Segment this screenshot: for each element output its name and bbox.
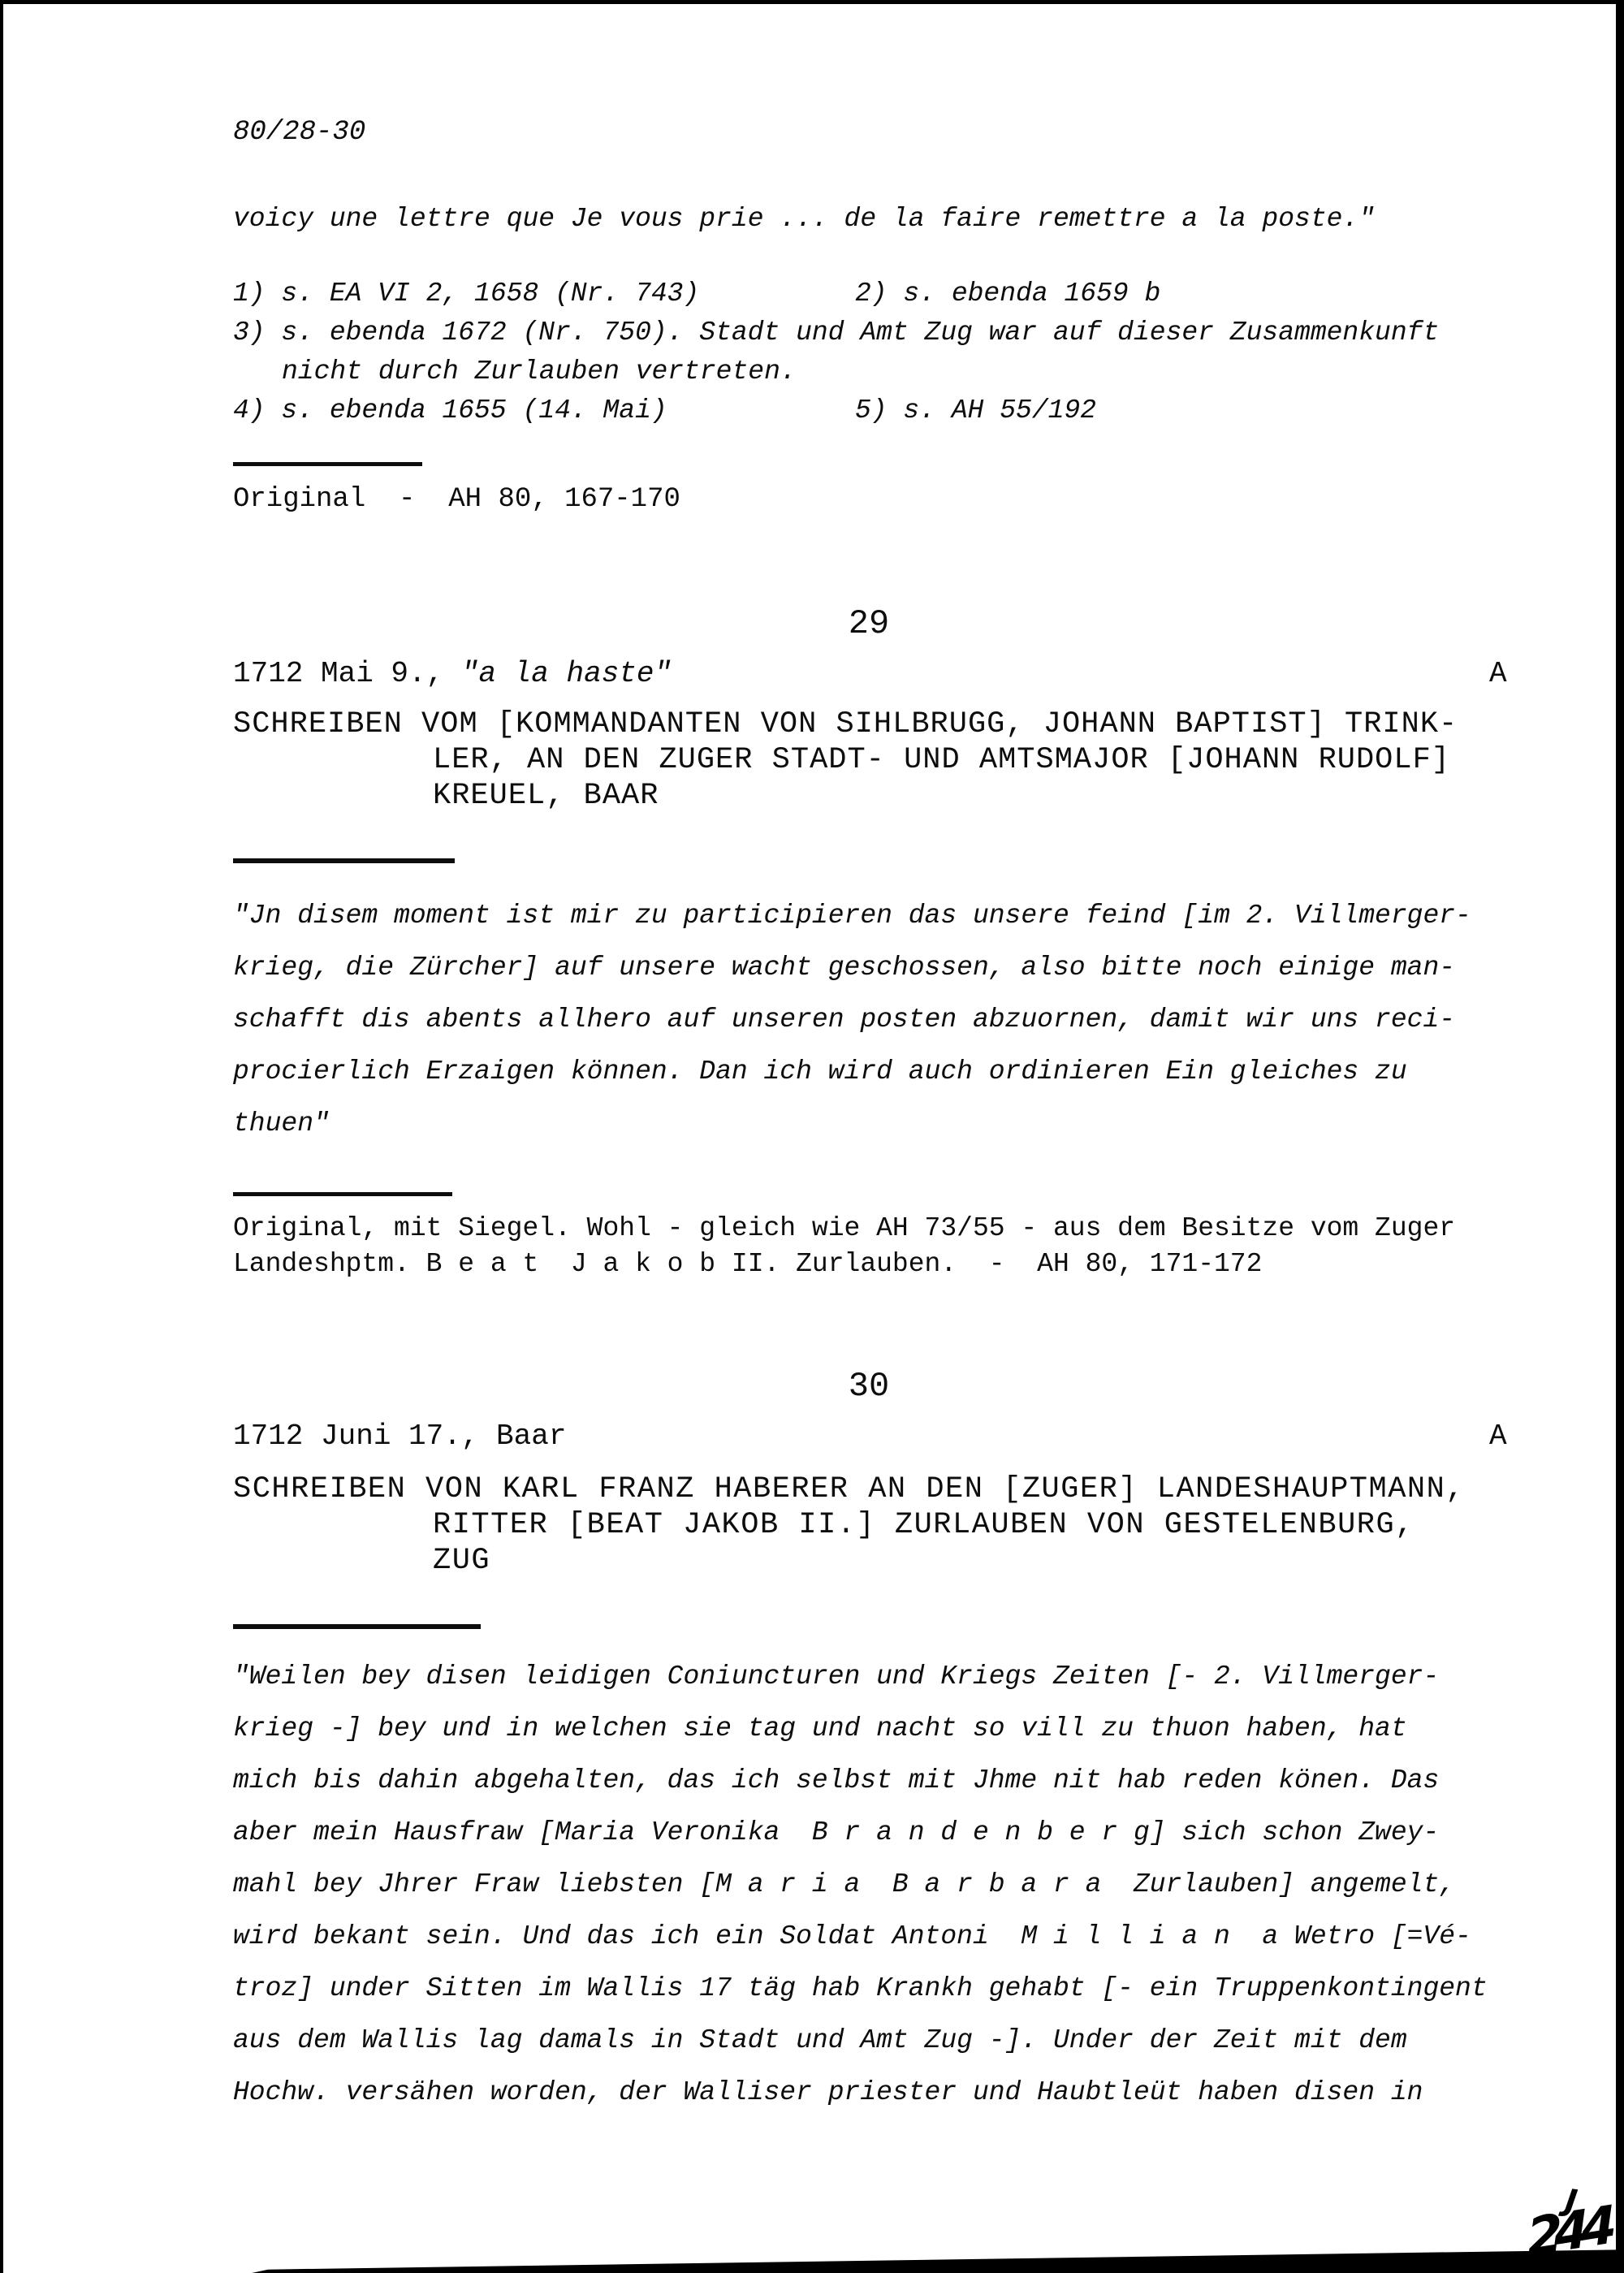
entry-30-title: SCHREIBEN VON KARL FRANZ HABERER AN DEN … <box>233 1471 1465 1579</box>
footnote-5: 5) s. AH 55/192 <box>855 391 1096 430</box>
footnote-1: 1) s. EA VI 2, 1658 (Nr. 743) <box>233 279 699 309</box>
entry-30-title-line: SCHREIBEN VON KARL FRANZ HABERER AN DEN … <box>233 1471 1465 1507</box>
footnote-3-continuation: nicht durch Zurlauben vertreten. <box>282 357 797 387</box>
scan-edge-bottom <box>0 2238 1624 2273</box>
entry-30-title-line: ZUG <box>233 1543 1465 1579</box>
entry-29-source-line: Original, mit Siegel. Wohl - gleich wie … <box>233 1211 1455 1247</box>
entry-29-title-line: KREUEL, BAAR <box>233 778 1458 814</box>
quote-line: aus dem Wallis lag damals in Stadt und A… <box>233 2015 1488 2067</box>
footnote-block: 1) s. EA VI 2, 1658 (Nr. 743) 2) s. eben… <box>233 274 1532 430</box>
quote-line: krieg -] bey und in welchen sie tag und … <box>233 1703 1488 1755</box>
separator-rule <box>233 1624 481 1629</box>
separator-rule <box>233 462 422 466</box>
entry-29-quotation: "Jn disem moment ist mir zu participiere… <box>233 890 1471 1150</box>
quote-line: krieg, die Zürcher] auf unsere wacht ges… <box>233 942 1471 994</box>
entry-29-title-line: LER, AN DEN ZUGER STADT- UND AMTSMAJOR [… <box>233 742 1458 778</box>
footnote-row: 3) s. ebenda 1672 (Nr. 750). Stadt und A… <box>233 313 1532 352</box>
entry-29-date: 1712 Mai 9., <box>233 657 461 690</box>
entry-30-quotation: "Weilen bey disen leidigen Coniuncturen … <box>233 1651 1488 2119</box>
scanned-document-page: { "page": { "archive_ref": "80/28-30", "… <box>0 0 1624 2273</box>
quote-line: troz] under Sitten im Wallis 17 täg hab … <box>233 1963 1488 2015</box>
entry-29-title: SCHREIBEN VOM [KOMMANDANTEN VON SIHLBRUG… <box>233 707 1458 814</box>
quote-line: Hochw. versähen worden, der Walliser pri… <box>233 2067 1488 2119</box>
scan-edge-top <box>0 0 1624 4</box>
entry-30-title-line: RITTER [BEAT JAKOB II.] ZURLAUBEN VON GE… <box>233 1507 1465 1543</box>
footnote-3: 3) s. ebenda 1672 (Nr. 750). Stadt und A… <box>233 318 1439 348</box>
handwritten-page-number: 244 <box>1526 2196 1609 2269</box>
quote-line: thuen" <box>233 1098 1471 1150</box>
quote-line: "Jn disem moment ist mir zu participiere… <box>233 890 1471 942</box>
entry-30-number: 30 <box>233 1367 1505 1406</box>
entry-29-title-line: SCHREIBEN VOM [KOMMANDANTEN VON SIHLBRUG… <box>233 707 1458 742</box>
quote-line: wird bekant sein. Und das ich ein Soldat… <box>233 1911 1488 1963</box>
footnote-2: 2) s. ebenda 1659 b <box>855 274 1160 313</box>
scan-edge-right <box>1616 0 1624 2273</box>
entry-29-number: 29 <box>233 604 1505 643</box>
prev-entry-source: Original - AH 80, 167-170 <box>233 482 680 517</box>
separator-rule <box>233 858 455 863</box>
entry-30-marginal-letter: A <box>1489 1419 1507 1454</box>
footnote-row: 1) s. EA VI 2, 1658 (Nr. 743) 2) s. eben… <box>233 274 1532 313</box>
entry-30-dateline: 1712 Juni 17., Baar <box>233 1419 566 1454</box>
quote-line: aber mein Hausfraw [Maria Veronika B r a… <box>233 1807 1488 1859</box>
archive-reference: 80/28-30 <box>233 115 365 150</box>
quote-line: mich bis dahin abgehalten, das ich selbs… <box>233 1755 1488 1807</box>
scan-edge-left <box>0 0 3 2273</box>
prev-entry-quote-fragment: voicy une lettre que Je vous prie ... de… <box>233 201 1375 237</box>
quote-line: "Weilen bey disen leidigen Coniuncturen … <box>233 1651 1488 1703</box>
quote-line: procierlich Erzaigen können. Dan ich wir… <box>233 1046 1471 1098</box>
entry-29-source-line: Landeshptm. B e a t J a k o b II. Zurlau… <box>233 1247 1455 1282</box>
entry-29-marginal-letter: A <box>1489 656 1507 692</box>
separator-rule <box>233 1192 452 1196</box>
quote-line: mahl bey Jhrer Fraw liebsten [M a r i a … <box>233 1859 1488 1911</box>
entry-29-date-note: "a la haste" <box>461 657 672 690</box>
entry-29-source: Original, mit Siegel. Wohl - gleich wie … <box>233 1211 1455 1282</box>
footnote-4: 4) s. ebenda 1655 (14. Mai) <box>233 395 667 426</box>
quote-line: schafft dis abents allhero auf unseren p… <box>233 994 1471 1046</box>
footnote-row: 4) s. ebenda 1655 (14. Mai) 5) s. AH 55/… <box>233 391 1532 430</box>
entry-29-dateline: 1712 Mai 9., "a la haste" <box>233 656 672 692</box>
footnote-row: nicht durch Zurlauben vertreten. <box>233 352 1532 391</box>
